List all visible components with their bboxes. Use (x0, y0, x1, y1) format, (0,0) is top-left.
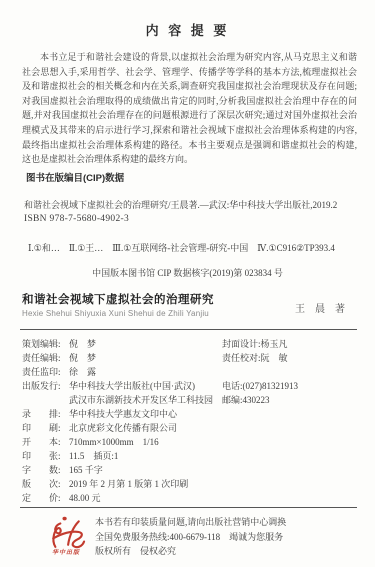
isbn-line: ISBN 978-7-5680-4902-3 (24, 214, 129, 224)
colophon-row: 责任监印:徐 露 (22, 365, 357, 379)
colophon-right-label: 邮编: (222, 395, 243, 405)
colophon-right-value: 430223 (243, 395, 270, 405)
footer-exchange-notice: 本书若有印装质量问题,请向出版社营销中心调换 (95, 515, 365, 530)
hust-press-logo-icon (46, 515, 86, 549)
colophon-right-label: 电话: (222, 381, 243, 391)
colophon-block: 策划编辑:倪 梦 封面设计:杨玉凡 责任编辑:倪 梦 责任校对:阮 敏 责任监印… (22, 337, 357, 505)
colophon-value: 倪 梦 (69, 339, 96, 349)
colophon-label: 字 数: (22, 463, 69, 477)
colophon-value: 武汉市东湖新技术开发区华工科技园 (69, 395, 213, 405)
colophon-row: 印 刷:北京虎彩文化传播有限公司 (22, 421, 357, 435)
colophon-value: 徐 露 (69, 367, 96, 377)
colophon-right-value: 阮 敏 (261, 353, 288, 363)
colophon-label: 录 排: (22, 407, 69, 421)
colophon-value: 48.00 元 (69, 493, 101, 503)
book-title: 和谐社会视域下虚拟社会的治理研究 (22, 291, 214, 307)
footer-copyright-notice: 版权所有 侵权必究 (95, 544, 365, 559)
colophon-row: 版 次:2019 年 2 月第 1 版第 1 次印刷 (22, 477, 357, 491)
colophon-value: 2019 年 2 月第 1 版第 1 次印刷 (69, 479, 188, 489)
cip-classification-line: Ⅰ.①和… Ⅱ.①王… Ⅲ.①互联网络-社会管理-研究-中国 Ⅳ.①C916②T… (28, 241, 369, 254)
colophon-right-label: 责任校对: (222, 353, 261, 363)
colophon-right-value: 杨玉凡 (261, 339, 288, 349)
colophon-value: 11.5 插页:1 (69, 451, 118, 461)
colophon-row: 策划编辑:倪 梦 封面设计:杨玉凡 (22, 337, 357, 351)
publisher-logo-text: 华中出版 (42, 547, 90, 556)
colophon-row: 武汉市东湖新技术开发区华工科技园 邮编:430223 (22, 393, 357, 407)
colophon-label: 责任编辑: (22, 351, 69, 365)
author-name: 王 晨 著 (295, 300, 345, 315)
colophon-label: 责任监印: (22, 365, 69, 379)
colophon-label: 出版发行: (22, 379, 69, 393)
colophon-row: 字 数:165 千字 (22, 463, 357, 477)
divider-top (20, 329, 357, 330)
colophon-label: 开 本: (22, 435, 69, 449)
book-title-pinyin: Hexie Shehui Shiyuxia Xuni Shehui de Zhi… (22, 309, 209, 318)
colophon-label: 印 刷: (22, 421, 69, 435)
colophon-row: 录 排:华中科技大学惠友文印中心 (22, 407, 357, 421)
footer-hotline: 全国免费服务热线:400-6679-118 竭诚为您服务 (95, 530, 365, 545)
colophon-row: 出版发行:华中科技大学出版社(中国·武汉) 电话:(027)81321913 (22, 379, 357, 393)
colophon-value: 710mm×1000mm 1/16 (69, 437, 159, 447)
publisher-logo: 华中出版 (42, 515, 90, 561)
cip-entry-line: 和谐社会视域下虚拟社会的治理研究/王晨著.—武汉:华中科技大学出版社,2019.… (24, 198, 369, 211)
colophon-row: 印 张:11.5 插页:1 (22, 449, 357, 463)
colophon-row: 定 价:48.00 元 (22, 491, 357, 505)
colophon-value: 华中科技大学惠友文印中心 (69, 409, 177, 419)
divider-bottom (20, 507, 357, 508)
colophon-value: 华中科技大学出版社(中国·武汉) (69, 381, 195, 391)
colophon-value: 倪 梦 (69, 353, 96, 363)
cip-heading: 图书在版编目(CIP)数据 (26, 170, 124, 184)
book-copyright-page: 内 容 提 要 本书立足于和谐社会建设的背景,以虚拟社会治理为研究内容,从马克思… (0, 0, 375, 567)
colophon-right-label: 封面设计: (222, 339, 261, 349)
colophon-label: 印 张: (22, 449, 69, 463)
colophon-right-value: (027)81321913 (243, 381, 299, 391)
colophon-row: 开 本:710mm×1000mm 1/16 (22, 435, 357, 449)
colophon-value: 北京虎彩文化传播有限公司 (69, 423, 177, 433)
footer-block: 华中出版 本书若有印装质量问题,请向出版社营销中心调换 全国免费服务热线:400… (0, 512, 375, 567)
colophon-label: 版 次: (22, 477, 69, 491)
page-title: 内 容 提 要 (0, 20, 375, 39)
colophon-label: 策划编辑: (22, 337, 69, 351)
colophon-value: 165 千字 (69, 465, 103, 475)
cip-record-number: 中国版本图书馆 CIP 数据核字(2019)第 023834 号 (0, 266, 375, 279)
colophon-label: 定 价: (22, 491, 69, 505)
abstract-paragraph: 本书立足于和谐社会建设的背景,以虚拟社会治理为研究内容,从马克思主义和谐社会思想… (22, 50, 357, 167)
colophon-row: 责任编辑:倪 梦 责任校对:阮 敏 (22, 351, 357, 365)
